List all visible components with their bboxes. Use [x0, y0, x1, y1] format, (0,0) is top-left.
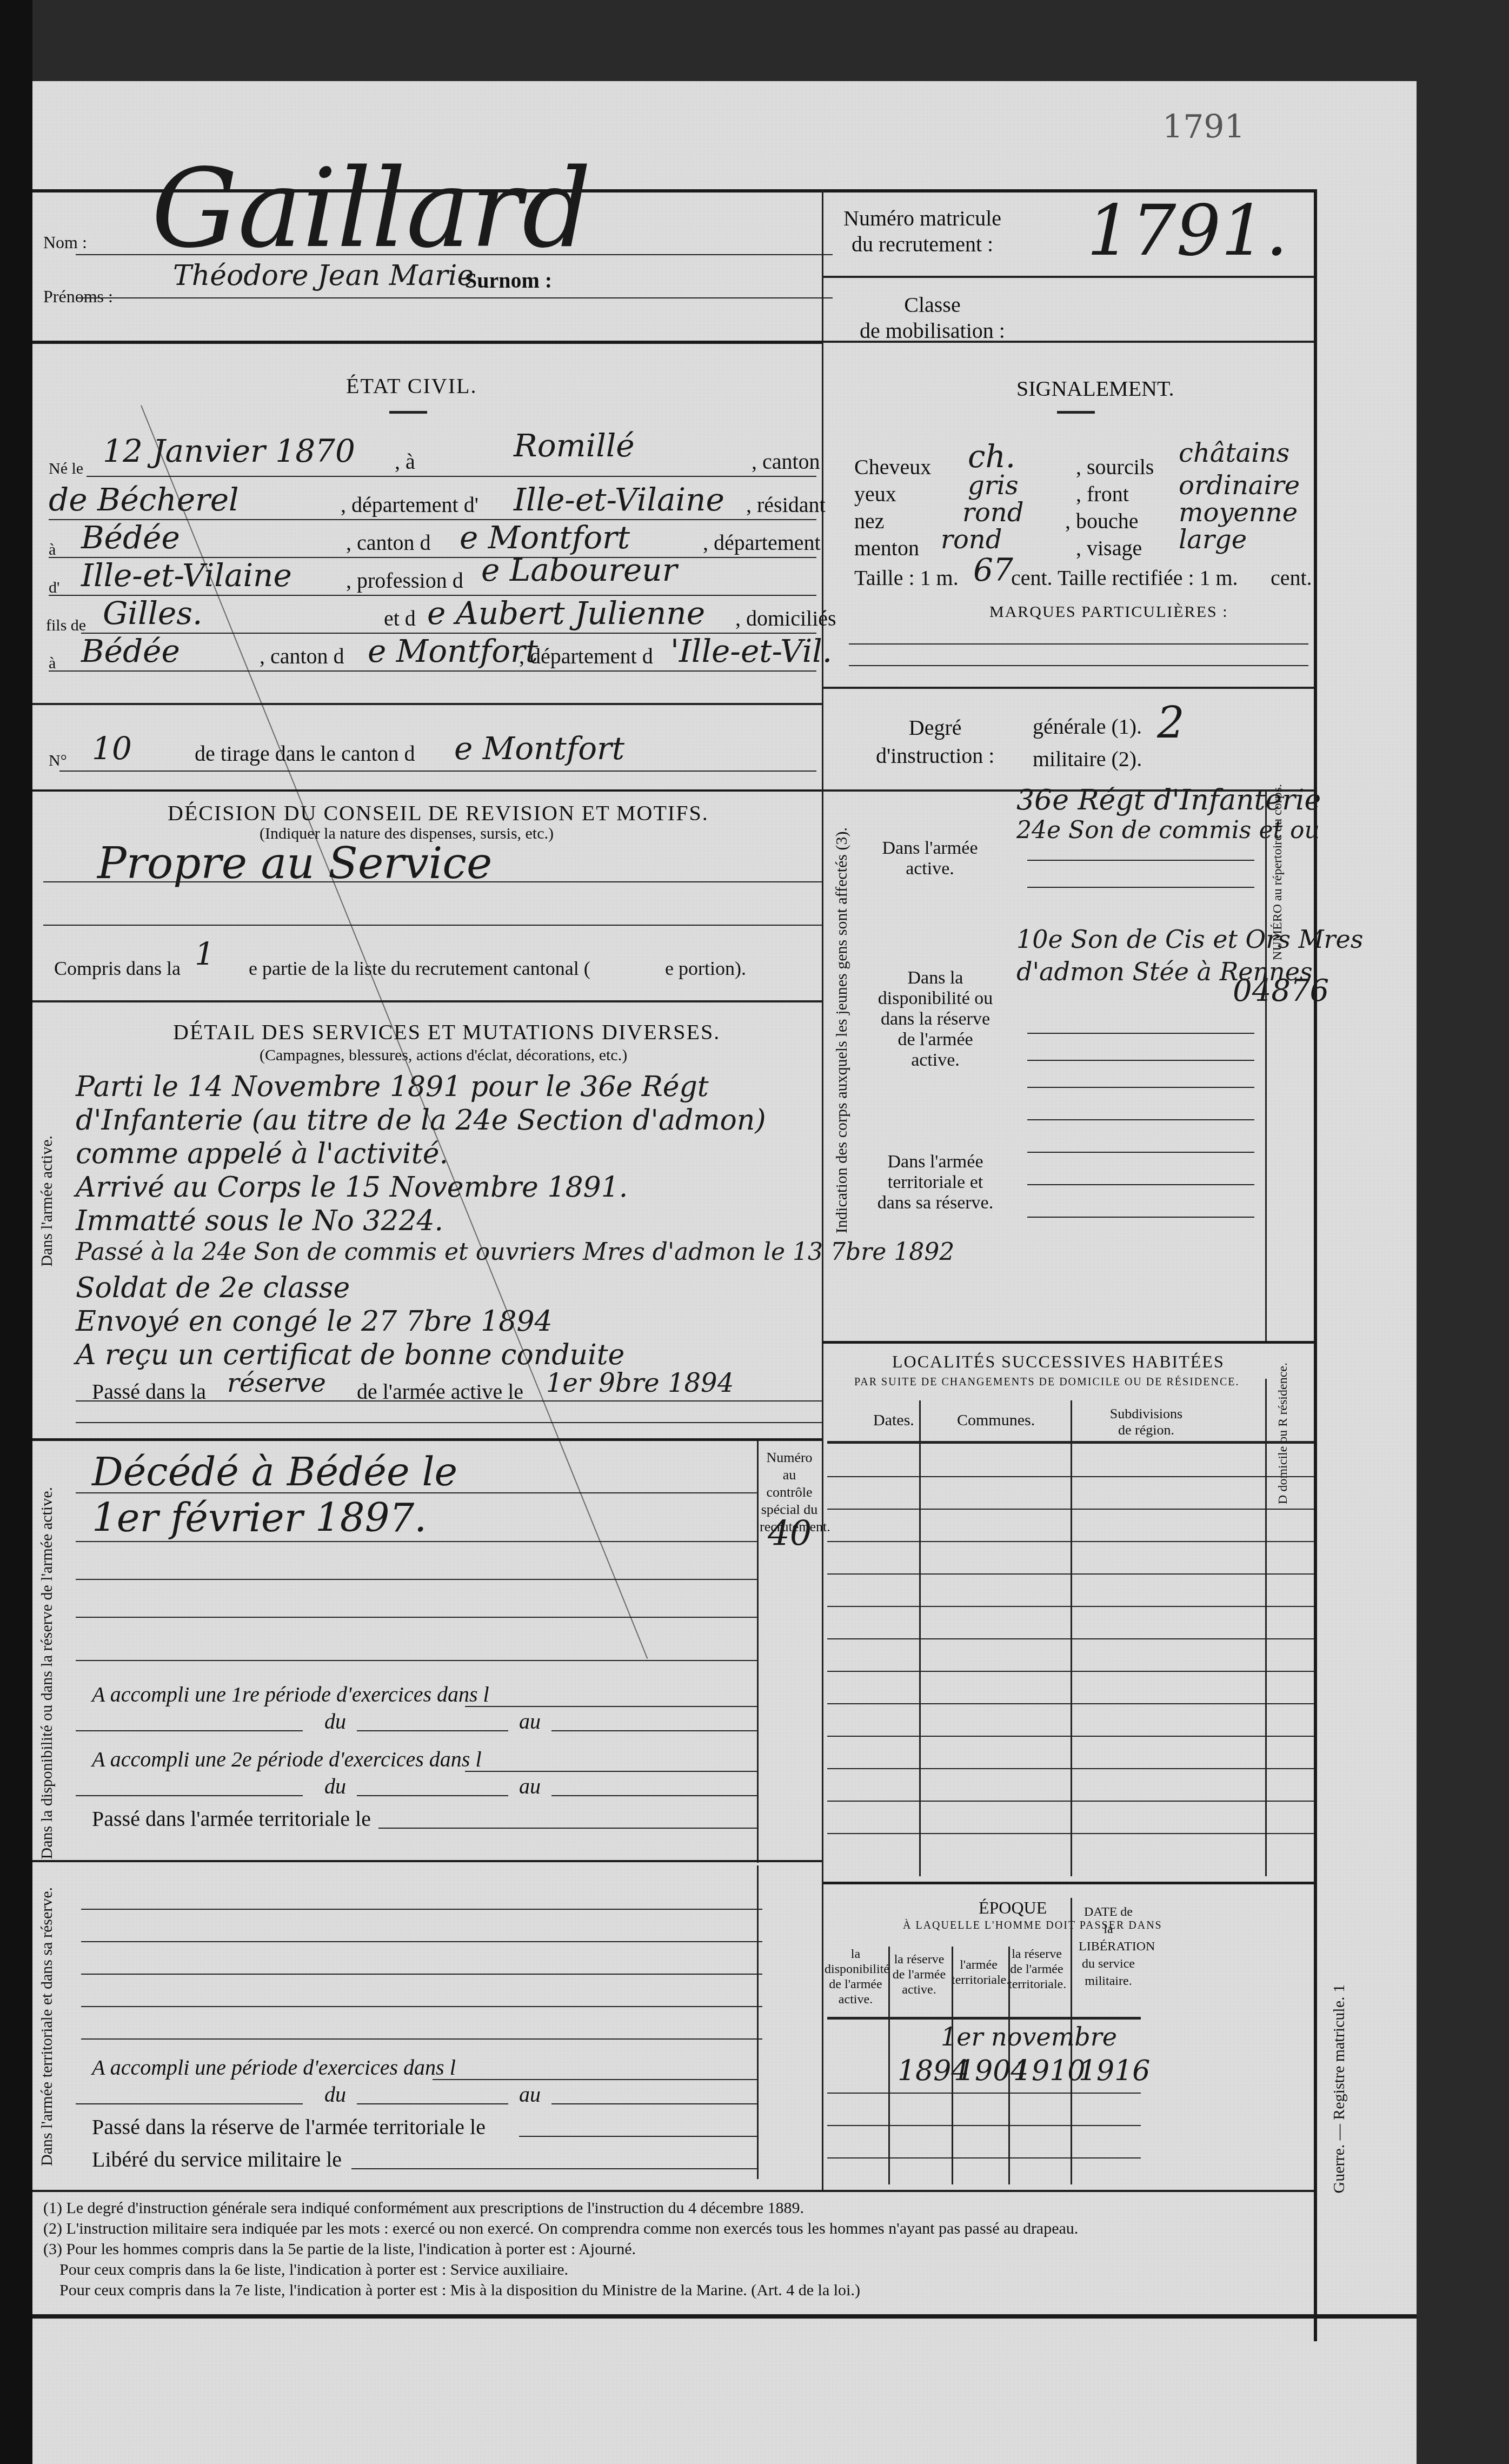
controle-divider: [757, 1441, 759, 1863]
service-line: Envoyé en congé le 27 7bre 1894: [76, 1305, 822, 1339]
service-line: Soldat de 2e classe: [76, 1272, 822, 1305]
controle-value[interactable]: 40: [768, 1514, 812, 1554]
pere-value[interactable]: Gilles.: [103, 595, 203, 632]
decision-line-2: [43, 925, 822, 926]
canton2-label: , canton d: [346, 530, 431, 555]
localites-subtitle: PAR SUITE DE CHANGEMENTS DE DOMICILE OU …: [854, 1376, 1239, 1389]
sourcils-label: , sourcils: [1076, 454, 1154, 480]
localites-row-rule: [827, 1703, 1314, 1704]
terr-line: [81, 2006, 762, 2007]
periode2-du: du: [324, 1774, 346, 1799]
terr-au-line: [357, 2103, 508, 2104]
localites-row-rule: [827, 1606, 1314, 1607]
localites-col-domicile: D domicile ou R résidence.: [1276, 1363, 1291, 1504]
nom-line: [76, 254, 833, 255]
matricule-rule: [822, 276, 1314, 278]
periode2-au-line: [357, 1795, 508, 1796]
periode2-au: au: [519, 1774, 541, 1799]
ne-le-line: [87, 476, 816, 477]
canton-label: , canton: [752, 449, 820, 474]
periode1-du-line: [76, 1730, 303, 1731]
footnote: Pour ceux compris dans la 6e liste, l'in…: [43, 2260, 1308, 2280]
instruction-militaire-label: militaire (2).: [1033, 746, 1142, 772]
localites-row-rule: [827, 1736, 1314, 1737]
domicile-line: [49, 670, 816, 672]
nez-label: nez: [854, 508, 885, 534]
periode1-au-line: [357, 1730, 508, 1731]
departement3-value[interactable]: 'Ille-et-Vil.: [670, 633, 832, 669]
departement2-value[interactable]: Ille-et-Vilaine: [81, 557, 292, 594]
corps-dispo-numero[interactable]: 04876: [1233, 973, 1329, 1008]
dispo-line: [76, 1492, 757, 1493]
epoque-col-1: la disponibilité de l'armée active.: [825, 1947, 887, 2007]
mere-value[interactable]: e Aubert Julienne: [427, 595, 705, 632]
periode2-label: A accompli une 2e période d'exercices da…: [92, 1746, 482, 1772]
canton-value[interactable]: de Bécherel: [49, 481, 239, 518]
corps-active-label: Dans l'armée active.: [876, 838, 984, 879]
canton3-value[interactable]: e Montfort: [368, 633, 538, 669]
front-label: , front: [1076, 481, 1129, 507]
terr-du-line: [76, 2103, 303, 2104]
terr-periode-line: [433, 2079, 757, 2080]
decision-title: DÉCISION DU CONSEIL DE REVISION ET MOTIF…: [168, 800, 709, 826]
services-rule: [32, 1438, 822, 1441]
periode1-end-line: [551, 1730, 757, 1731]
passe-reserve-date[interactable]: 1er 9bre 1894: [546, 1368, 734, 1398]
terr-line: [81, 1909, 762, 1910]
corps-vertical-label: Indication des corps auxquels les jeunes…: [833, 827, 851, 1233]
services-side-label: Dans l'armée active.: [38, 1135, 56, 1267]
margin-footer: Guerre. — Registre matricule. 1: [1330, 1984, 1348, 2194]
terr-line: [81, 2038, 762, 2040]
compris-label-b: e partie de la liste du recrutement cant…: [249, 957, 590, 980]
dispo-line: [76, 1579, 757, 1580]
service-line: Passé à la 24e Son de commis et ouvriers…: [76, 1238, 822, 1272]
yeux-value[interactable]: gris: [968, 470, 1019, 501]
nom-value: Gaillard: [151, 146, 591, 272]
taille-rectifiee-label: cent. Taille rectifiée : 1 m.: [1011, 565, 1238, 590]
classe-rule: [822, 341, 1314, 343]
localites-col-communes: Communes.: [957, 1411, 1035, 1430]
epoque-header-rule: [827, 2017, 1141, 2020]
disponibilite-side-label: Dans la disponibilité ou dans la réserve…: [38, 1487, 56, 1859]
compris-label-c: e portion).: [665, 957, 746, 980]
footnotes-top-rule: [32, 2190, 1314, 2192]
fils-de-label: fils de: [46, 616, 86, 635]
periode1-line: [465, 1706, 757, 1707]
a-value[interactable]: Romillé: [514, 427, 635, 464]
canton3-label: , canton d: [260, 643, 344, 669]
cheveux-value[interactable]: ch.: [968, 438, 1015, 475]
departement-label: , département d': [341, 492, 478, 517]
footnote: (3) Pour les hommes compris dans la 5e p…: [43, 2239, 1308, 2260]
corps-numero-divider: [1265, 789, 1267, 1341]
frame-right: [1314, 189, 1317, 2341]
marques-rule: [822, 687, 1314, 689]
epoque-date-line: 1er novembre: [941, 2022, 1117, 2051]
domicile-value[interactable]: Bédée: [81, 633, 180, 669]
yeux-label: yeux: [854, 481, 896, 507]
terr-right-divider: [757, 1865, 759, 2179]
terr-line: [81, 1974, 762, 1975]
localites-divider: [1265, 1379, 1267, 1876]
terr-reserve-line: [519, 2136, 757, 2137]
nez-value[interactable]: rond: [962, 497, 1023, 528]
epoque-divider: [888, 1947, 890, 2184]
footnotes: (1) Le degré d'instruction générale sera…: [43, 2198, 1308, 2301]
no-label: N°: [49, 752, 67, 770]
passe-reserve-label-a: Passé dans la: [92, 1379, 206, 1404]
deces-line-1: Décédé à Bédée le: [92, 1449, 457, 1495]
etat-civil-dash: [389, 411, 427, 414]
marques-line-1: [849, 643, 1308, 645]
dispo-rule: [32, 1860, 822, 1862]
epoque-col-3: l'armée territoriale.: [952, 1957, 1006, 1988]
epoque-liberation-value[interactable]: 1916: [1079, 2055, 1150, 2087]
tirage-label: de tirage dans le canton d: [195, 741, 415, 766]
domicile-a-label: à: [49, 654, 56, 673]
epoque-row-rule: [827, 2157, 1141, 2159]
corps-terr-rule: [1027, 1152, 1254, 1153]
service-line: d'Infanterie (au titre de la 24e Section…: [76, 1104, 822, 1138]
a-label: , à: [395, 449, 415, 474]
front-value[interactable]: ordinaire: [1179, 470, 1300, 501]
services-blank-line: [76, 1422, 822, 1423]
tirage-value[interactable]: e Montfort: [454, 730, 624, 767]
localites-row-rule: [827, 1833, 1314, 1834]
epoque-col-4: la réserve de l'armée territoriale.: [1008, 1947, 1065, 1992]
terr-periode-label: A accompli une période d'exercices dans …: [92, 2055, 456, 2080]
localites-col-subdivisions: Subdivisions de région.: [1106, 1406, 1187, 1438]
localites-row-rule: [827, 1671, 1314, 1672]
corps-terr-rule: [1027, 1119, 1254, 1120]
footnote: (1) Le degré d'instruction générale sera…: [43, 2198, 1308, 2219]
localites-row-rule: [827, 1541, 1314, 1542]
signalement-title: SIGNALEMENT.: [1016, 376, 1174, 401]
libere-label: Libéré du service militaire le: [92, 2147, 342, 2172]
corps-terr-label: Dans l'armée territoriale et dans sa rés…: [876, 1152, 995, 1213]
dispo-line: [76, 1617, 757, 1618]
ne-le-label: Né le: [49, 460, 83, 478]
service-line: A reçu un certificat de bonne conduite: [76, 1339, 822, 1372]
dispo-line: [76, 1541, 757, 1542]
localites-title: LOCALITÉS SUCCESSIVES HABITÉES: [892, 1352, 1225, 1372]
footnote: Pour ceux compris dans la 7e liste, l'in…: [43, 2280, 1308, 2301]
localites-row-rule: [827, 1509, 1314, 1510]
terr-au: au: [519, 2082, 541, 2107]
corps-dispo-rule: [1027, 1033, 1254, 1034]
terr-end-line: [551, 2103, 757, 2104]
epoque-liberation-header: DATE de la LIBÉRATION du service militai…: [1079, 1903, 1138, 1990]
localites-rule: [822, 1882, 1314, 1884]
instruction-label: Degré d'instruction :: [876, 714, 994, 770]
service-line: Immatté sous le No 3224.: [76, 1205, 822, 1238]
ne-le-value[interactable]: 12 Janvier 1870: [103, 433, 355, 469]
menton-label: menton: [854, 535, 919, 561]
epoque-row-rule: [827, 2093, 1141, 2094]
signalement-dash: [1057, 411, 1095, 414]
residant-label: , résidant: [746, 492, 826, 517]
residant-a-label: à: [49, 541, 56, 559]
classe-label: Classe de mobilisation :: [860, 292, 1005, 344]
periode2-end-line: [551, 1795, 757, 1796]
tirage-rule: [32, 789, 822, 792]
departement2-label: , département: [703, 530, 821, 555]
corps-dispo-rule: [1027, 1060, 1254, 1061]
decision-line-1: [43, 881, 822, 882]
periode2-du-line: [76, 1795, 303, 1796]
book-binding: [0, 0, 32, 2464]
localites-row-rule: [827, 1476, 1314, 1477]
menton-value[interactable]: rond: [941, 524, 1002, 555]
frame-bottom: [32, 2314, 1417, 2319]
corps-dispo-rule: [1027, 1087, 1254, 1088]
matricule-label: Numéro matricule du recrutement :: [843, 205, 1001, 257]
service-line: Parti le 14 Novembre 1891 pour le 36e Ré…: [76, 1071, 822, 1104]
compris-value[interactable]: 1: [195, 935, 215, 972]
tirage-line: [59, 771, 816, 772]
no-value[interactable]: 10: [92, 730, 132, 767]
libere-line: [351, 2168, 757, 2169]
cent-label: cent.: [1271, 565, 1312, 590]
localites-row-rule: [827, 1573, 1314, 1575]
epoque-value-4[interactable]: 1910: [1014, 2055, 1085, 2087]
departement2-prefix: d': [49, 579, 59, 597]
terr-line: [81, 1941, 762, 1942]
localites-row-rule: [827, 1801, 1314, 1802]
etat-civil-title: ÉTAT CIVIL.: [346, 373, 477, 399]
periode1-label: A accompli une 1re période d'exercices d…: [92, 1682, 489, 1707]
prenoms-line: [76, 297, 833, 298]
departement-value[interactable]: Ille-et-Vilaine: [514, 481, 724, 518]
prenoms-value[interactable]: Théodore Jean Marie: [173, 260, 474, 292]
services-subtitle: (Campagnes, blessures, actions d'éclat, …: [260, 1046, 627, 1065]
instruction-generale-value[interactable]: 2: [1157, 698, 1185, 748]
terr-reserve-label: Passé dans la réserve de l'armée territo…: [92, 2114, 486, 2140]
epoque-col-2: la réserve de l'armée active.: [889, 1952, 949, 1997]
taille-value[interactable]: 67: [973, 552, 1013, 588]
territoriale-side-label: Dans l'armée territoriale et dans sa rés…: [38, 1887, 56, 2166]
canton2-value[interactable]: e Montfort: [460, 519, 630, 556]
epoque-title: ÉPOQUE: [979, 1898, 1047, 1918]
services-title: DÉTAIL DES SERVICES ET MUTATIONS DIVERSE…: [173, 1019, 720, 1045]
etat-civil-rule: [32, 703, 822, 705]
compris-label-a: Compris dans la: [54, 957, 181, 980]
nom-label: Nom :: [43, 233, 87, 253]
instruction-generale-label: générale (1).: [1033, 714, 1142, 739]
bouche-label: , bouche: [1065, 508, 1139, 534]
periode1-du: du: [324, 1709, 346, 1734]
corner-number: 1791: [1162, 108, 1245, 146]
localites-col-dates: Dates.: [873, 1411, 914, 1430]
corps-rule: [822, 1341, 1314, 1344]
surnom-label: Surnom :: [465, 268, 552, 293]
terr-du: du: [324, 2082, 346, 2107]
departement3-label: , département d: [519, 643, 653, 669]
epoque-row-rule: [827, 2125, 1141, 2126]
localites-row-rule: [827, 1638, 1314, 1639]
passe-reserve-label-b: de l'armée active le: [357, 1379, 523, 1404]
profession-value[interactable]: e Laboureur: [481, 552, 677, 588]
localites-header-rule: [827, 1441, 1314, 1444]
sourcils-value[interactable]: châtains: [1179, 438, 1289, 468]
deces-line-2: 1er février 1897.: [92, 1495, 427, 1540]
localites-row-rule: [827, 1768, 1314, 1769]
bouche-value[interactable]: moyenne: [1179, 497, 1298, 528]
marques-title: MARQUES PARTICULIÈRES :: [989, 603, 1228, 621]
territoriale-passe-label: Passé dans l'armée territoriale le: [92, 1806, 371, 1831]
visage-value[interactable]: large: [1179, 524, 1247, 555]
periode2-line: [465, 1771, 757, 1772]
taille-label: Taille : 1 m.: [854, 565, 959, 590]
decision-rule: [32, 1000, 822, 1002]
cheveux-label: Cheveux: [854, 454, 931, 480]
dispo-line: [76, 1660, 757, 1661]
marques-line-2: [849, 665, 1308, 666]
et-de-label: et d: [384, 606, 416, 631]
identity-bottom-rule: [32, 341, 822, 344]
profession-label: , profession d: [346, 568, 463, 593]
right-column-divider: [822, 1438, 823, 2190]
corps-active-line-rule: [1027, 860, 1254, 861]
corps-dispo-line: 10e Son de Cis et Ors Mres: [1016, 925, 1363, 954]
service-line: Arrivé au Corps le 15 Novembre 1891.: [76, 1171, 822, 1205]
services-list: Parti le 14 Novembre 1891 pour le 36e Ré…: [76, 1071, 822, 1372]
matricule-value[interactable]: 1791.: [1087, 189, 1288, 271]
prenoms-label: Prénoms :: [43, 287, 113, 307]
passe-reserve-value[interactable]: réserve: [227, 1368, 326, 1398]
corps-active-line-rule: [1027, 887, 1254, 888]
corps-terr-rule: [1027, 1217, 1254, 1218]
footnote: (2) L'instruction militaire sera indiqué…: [43, 2219, 1308, 2239]
register-page: 1791 Gaillard Nom : Théodore Jean Marie …: [32, 81, 1417, 2464]
corps-dispo-label: Dans la disponibilité ou dans la réserve…: [876, 968, 995, 1071]
corps-terr-rule: [1027, 1184, 1254, 1185]
periode1-au: au: [519, 1709, 541, 1734]
visage-label: , visage: [1076, 535, 1142, 561]
territoriale-passe-line: [378, 1828, 757, 1829]
domicilies-label: , domiciliés: [735, 606, 836, 631]
residant-value[interactable]: Bédée: [81, 519, 180, 556]
